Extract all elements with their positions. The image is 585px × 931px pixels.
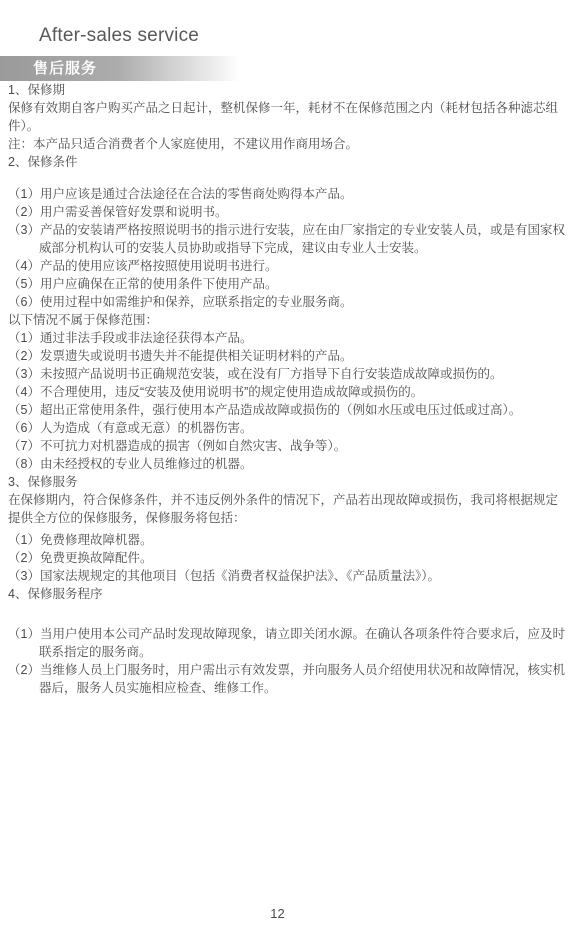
list-item: （5）超出正常使用条件，强行使用本产品造成故障或损伤的（例如水压或电压过低或过高… bbox=[8, 401, 568, 419]
service-procedure-list: （1）当用户使用本公司产品时发现故障现象，请立即关闭水源。在确认各项条件符合要求… bbox=[8, 625, 568, 697]
list-item: （2）用户需妥善保管好发票和说明书。 bbox=[8, 203, 568, 221]
list-item: （8）由未经授权的专业人员维修过的机器。 bbox=[8, 455, 568, 473]
list-item: （1）免费修理故障机器。 bbox=[8, 531, 568, 549]
list-item: （4）不合理使用，违反“安装及使用说明书”的规定使用造成故障或损伤的。 bbox=[8, 383, 568, 401]
warranty-service-intro: 在保修期内，符合保修条件，并不违反例外条件的情况下，产品若出现故障或损伤，我司将… bbox=[8, 491, 568, 527]
list-item: （3）国家法规规定的其他项目（包括《消费者权益保护法》、《产品质量法》）。 bbox=[8, 567, 568, 585]
warranty-service-list: （1）免费修理故障机器。 （2）免费更换故障配件。 （3）国家法规规定的其他项目… bbox=[8, 531, 568, 585]
banner-title: 售后服务 bbox=[0, 56, 97, 81]
page-title: After-sales service bbox=[39, 25, 585, 47]
list-item: （7）不可抗力对机器造成的损害（例如自然灾害、战争等）。 bbox=[8, 437, 568, 455]
list-item: （1）通过非法手段或非法途径获得本产品。 bbox=[8, 329, 568, 347]
heading-warranty-period: 1、保修期 bbox=[8, 81, 568, 99]
exclusions-list: （1）通过非法手段或非法途径获得本产品。 （2）发票遗失或说明书遗失并不能提供相… bbox=[8, 329, 568, 473]
list-item: （2）当维修人员上门服务时，用户需出示有效发票，并向服务人员介绍使用状况和故障情… bbox=[8, 661, 568, 697]
list-item: （2）发票遗失或说明书遗失并不能提供相关证明材料的产品。 bbox=[8, 347, 568, 365]
list-item: （3）未按照产品说明书正确规范安装，或在没有厂方指导下自行安装造成故障或损伤的。 bbox=[8, 365, 568, 383]
list-item: （3）产品的安装请严格按照说明书的指示进行安装，应在由厂家指定的专业安装人员，或… bbox=[8, 221, 568, 257]
warranty-period-body: 保修有效期自客户购买产品之日起计，整机保修一年，耗材不在保修范围之内（耗材包括各… bbox=[8, 99, 568, 135]
list-item: （1）当用户使用本公司产品时发现故障现象，请立即关闭水源。在确认各项条件符合要求… bbox=[8, 625, 568, 661]
exclusions-heading: 以下情况不属于保修范围： bbox=[8, 311, 568, 329]
manual-page: After-sales service 售后服务 1、保修期 保修有效期自客户购… bbox=[0, 25, 585, 697]
list-item: （6）人为造成（有意或无意）的机器伤害。 bbox=[8, 419, 568, 437]
section-banner: 售后服务 bbox=[0, 56, 300, 81]
heading-warranty-conditions: 2、保修条件 bbox=[8, 153, 568, 171]
warranty-period-note: 注：本产品只适合消费者个人家庭使用，不建议用作商用场合。 bbox=[8, 135, 568, 153]
page-content: 1、保修期 保修有效期自客户购买产品之日起计，整机保修一年，耗材不在保修范围之内… bbox=[8, 81, 568, 697]
list-item: （5）用户应确保在正常的使用条件下使用产品。 bbox=[8, 275, 568, 293]
list-item: （6）使用过程中如需维护和保养，应联系指定的专业服务商。 bbox=[8, 293, 568, 311]
list-item: （4）产品的使用应该严格按照使用说明书进行。 bbox=[8, 257, 568, 275]
heading-warranty-service: 3、保修服务 bbox=[8, 473, 568, 491]
list-item: （1）用户应该是通过合法途径在合法的零售商处购得本产品。 bbox=[8, 185, 568, 203]
page-number: 12 bbox=[0, 906, 555, 921]
warranty-conditions-list: （1）用户应该是通过合法途径在合法的零售商处购得本产品。 （2）用户需妥善保管好… bbox=[8, 185, 568, 311]
list-item: （2）免费更换故障配件。 bbox=[8, 549, 568, 567]
heading-service-procedure: 4、保修服务程序 bbox=[8, 585, 568, 603]
